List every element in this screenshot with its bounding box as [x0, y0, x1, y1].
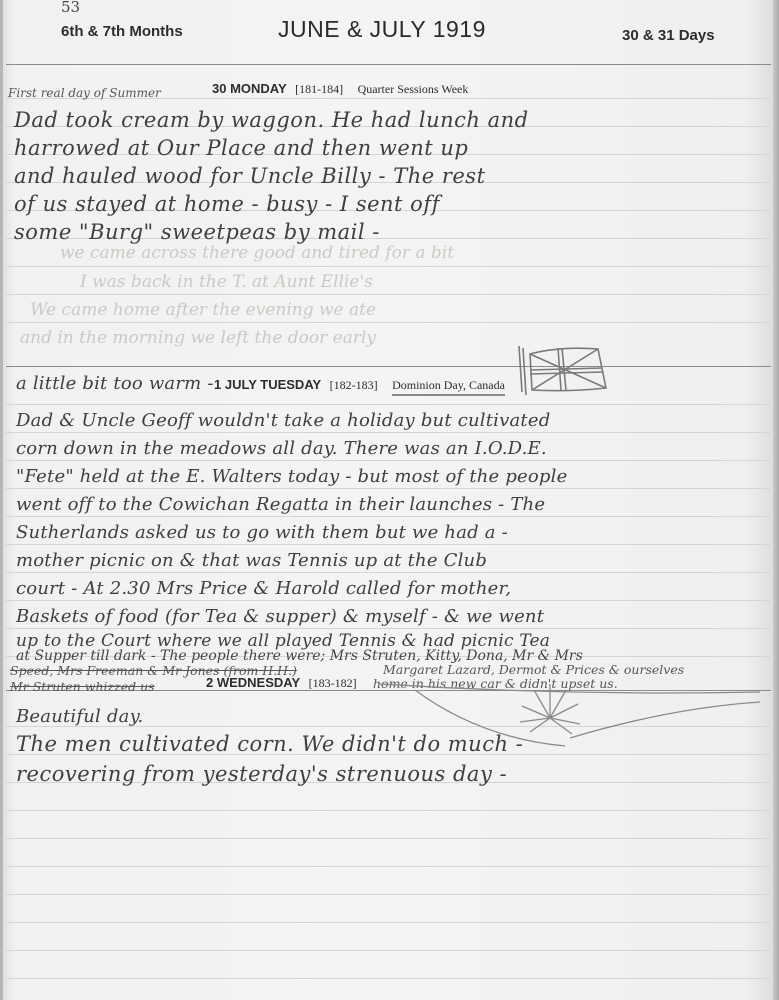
day-range: [182-183]	[330, 378, 378, 392]
day-title: 2 WEDNESDAY	[206, 675, 300, 690]
handwritten-line: mother picnic on & that was Tennis up at…	[16, 550, 487, 571]
handwritten-line: Beautiful day.	[16, 706, 143, 727]
side-note: a little bit too warm -	[16, 373, 214, 394]
page-edge-left	[0, 0, 3, 1000]
handwritten-line: went off to the Cowichan Regatta in thei…	[16, 494, 545, 515]
bleed-through-line: We came home after the evening we ate	[30, 300, 376, 320]
day-range: [183-182]	[309, 676, 357, 690]
day-heading: 1 JULY TUESDAY [182-183] Dominion Day, C…	[214, 376, 505, 394]
ruled-line	[6, 432, 771, 433]
ruled-line	[6, 922, 771, 923]
day-heading: 30 MONDAY [181-184] Quarter Sessions Wee…	[212, 80, 468, 98]
side-note: First real day of Summer	[8, 86, 161, 100]
day-heading: 2 WEDNESDAY [183-182]	[206, 674, 357, 692]
months-label: 6th & 7th Months	[61, 23, 183, 40]
handwritten-line: Baskets of food (for Tea & supper) & mys…	[16, 606, 544, 627]
ruled-line	[6, 294, 771, 295]
printed-note: Quarter Sessions Week	[358, 82, 469, 96]
handwritten-line: court - At 2.30 Mrs Price & Harold calle…	[16, 578, 511, 599]
union-jack-flag-sketch	[510, 340, 610, 400]
handwritten-line: harrowed at Our Place and then went up	[14, 136, 468, 160]
ruled-line	[6, 810, 771, 811]
handwritten-line: of us stayed at home - busy - I sent off	[14, 192, 440, 216]
printed-note: Dominion Day, Canada	[392, 378, 505, 396]
ruled-line	[6, 460, 771, 461]
handwritten-line: Dad took cream by waggon. He had lunch a…	[14, 108, 529, 132]
handwritten-line: Sutherlands asked us to go with them but…	[16, 522, 508, 543]
days-label: 30 & 31 Days	[622, 27, 715, 44]
day-title: 1 JULY TUESDAY	[214, 377, 321, 392]
handwritten-line: "Fete" held at the E. Walters today - bu…	[16, 466, 567, 487]
header-divider	[6, 64, 771, 65]
handwritten-line: some "Burg" sweetpeas by mail -	[14, 220, 380, 244]
handwritten-line: and hauled wood for Uncle Billy - The re…	[14, 164, 486, 188]
bleed-through-line: and in the morning we left the door earl…	[20, 328, 376, 348]
page-edge-right	[773, 0, 779, 1000]
handwritten-line: corn down in the meadows all day. There …	[16, 438, 547, 459]
handwritten-line: The men cultivated corn. We didn't do mu…	[16, 732, 523, 756]
ruled-line	[6, 866, 771, 867]
bleed-through-line: I was back in the T. at Aunt Ellie's	[80, 272, 373, 292]
ruled-line	[6, 266, 771, 267]
ruled-line	[6, 838, 771, 839]
ruled-line	[6, 572, 771, 573]
ruled-line	[6, 544, 771, 545]
day-title: 30 MONDAY	[212, 81, 287, 96]
ruled-line	[6, 950, 771, 951]
bleed-through-line: we came across there good and tired for …	[60, 243, 454, 263]
page-number: 53	[61, 0, 80, 16]
ruled-line	[6, 516, 771, 517]
overflow-line: Mr Struten whizzed us	[10, 679, 155, 694]
title-year: 1919	[433, 16, 486, 42]
ruled-line	[6, 628, 771, 629]
handwritten-line: Dad & Uncle Geoff wouldn't take a holida…	[16, 410, 550, 431]
ruled-line	[6, 322, 771, 323]
ruled-line	[6, 894, 771, 895]
ruled-line	[6, 600, 771, 601]
ruled-line	[6, 404, 771, 405]
overflow-line: Margaret Lazard, Dermot & Prices & ourse…	[383, 662, 684, 677]
page-title: JUNE & JULY 1919	[278, 16, 486, 43]
ruled-line	[6, 488, 771, 489]
diary-page: 53 6th & 7th Months JUNE & JULY 1919 30 …	[0, 0, 779, 1000]
day-divider	[6, 366, 771, 367]
title-months: JUNE & JULY	[278, 16, 426, 42]
ruled-line	[6, 978, 771, 979]
day-range: [181-184]	[295, 82, 343, 96]
handwritten-line: recovering from yesterday's strenuous da…	[16, 762, 507, 786]
